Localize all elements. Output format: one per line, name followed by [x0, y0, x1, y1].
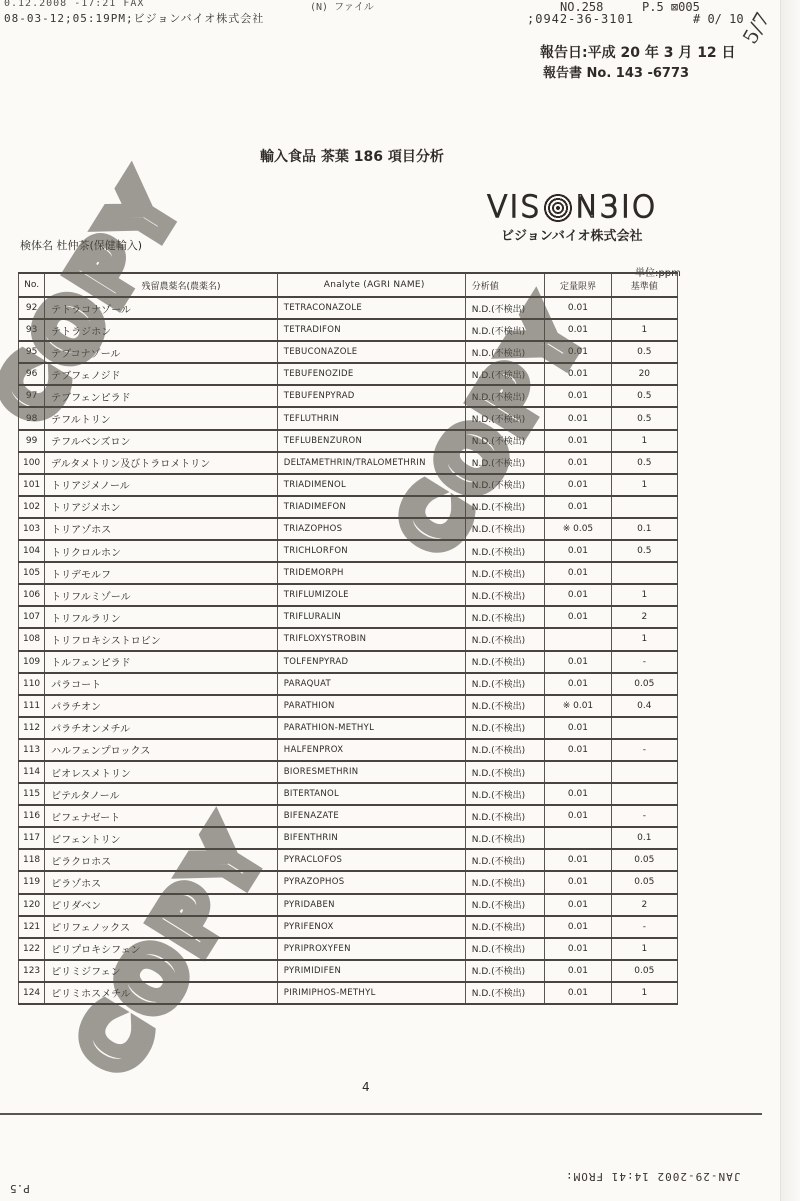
table-row: 122ピリプロキシフェンPYRIPROXYFENN.D.(不検出)0.011 [19, 938, 678, 960]
row-standard [611, 297, 677, 319]
table-row: 108トリフロキシストロビンTRIFLOXYSTROBINN.D.(不検出)1 [19, 628, 678, 650]
row-analyte: PYRACLOFOS [277, 849, 465, 871]
row-result: N.D.(不検出) [465, 894, 545, 916]
row-loq: 0.01 [545, 849, 611, 871]
row-analyte: TEFLUBENZURON [277, 430, 465, 452]
fax-telephone: ;0942-36-3101 [527, 12, 634, 26]
table-row: 110パラコートPARAQUATN.D.(不検出)0.010.05 [19, 673, 678, 695]
table-header-row: No. 残留農薬名(農薬名) Analyte (AGRI NAME) 分析値 定… [19, 273, 678, 297]
row-result: N.D.(不検出) [465, 717, 545, 739]
row-result: N.D.(不検出) [465, 827, 545, 849]
table-row: 111パラチオンPARATHIONN.D.(不検出)※ 0.010.4 [19, 695, 678, 717]
row-result: N.D.(不検出) [465, 385, 545, 407]
row-standard: 0.5 [611, 407, 677, 429]
row-loq: 0.01 [545, 938, 611, 960]
row-number: 104 [19, 540, 45, 562]
row-jp-name: トリクロルホン [45, 540, 278, 562]
document-title: 輸入食品 茶葉 186 項目分析 [260, 146, 444, 166]
row-result: N.D.(不検出) [465, 783, 545, 805]
row-loq [545, 628, 611, 650]
row-jp-name: ビオレスメトリン [45, 761, 278, 783]
row-result: N.D.(不検出) [465, 430, 545, 452]
row-loq: 0.01 [545, 871, 611, 893]
row-result: N.D.(不検出) [465, 673, 545, 695]
row-result: N.D.(不検出) [465, 496, 545, 518]
row-loq: 0.01 [545, 562, 611, 584]
row-standard [611, 783, 677, 805]
row-number: 118 [19, 849, 45, 871]
analysis-results-table: No. 残留農薬名(農薬名) Analyte (AGRI NAME) 分析値 定… [18, 272, 678, 1005]
row-number: 121 [19, 916, 45, 938]
row-jp-name: ピリダベン [45, 894, 278, 916]
company-logo: VIS N3IO ビジョンバイオ株式会社 [487, 193, 727, 244]
row-result: N.D.(不検出) [465, 871, 545, 893]
row-analyte: BIORESMETHRIN [277, 761, 465, 783]
sample-name: 検体名 杜仲茶(保健輸入) [20, 237, 142, 253]
table-row: 116ビフェナゼートBIFENAZATEN.D.(不検出)0.01- [19, 805, 678, 827]
row-jp-name: トリアジメホン [45, 496, 278, 518]
row-standard: - [611, 651, 677, 673]
row-jp-name: テブフェノジド [45, 363, 278, 385]
row-analyte: BIFENTHRIN [277, 827, 465, 849]
row-standard [611, 496, 677, 518]
table-row: 120ピリダベンPYRIDABENN.D.(不検出)0.012 [19, 894, 678, 916]
row-result: N.D.(不検出) [465, 363, 545, 385]
table-row: 107トリフルラリンTRIFLURALINN.D.(不検出)0.012 [19, 606, 678, 628]
row-jp-name: テフルトリン [45, 407, 278, 429]
row-standard [611, 761, 677, 783]
table-row: 97テブフェンピラドTEBUFENPYRADN.D.(不検出)0.010.5 [19, 385, 678, 407]
row-result: N.D.(不検出) [465, 739, 545, 761]
row-number: 92 [19, 297, 45, 319]
row-analyte: TOLFENPYRAD [277, 651, 465, 673]
row-result: N.D.(不検出) [465, 319, 545, 341]
row-number: 114 [19, 761, 45, 783]
row-number: 106 [19, 584, 45, 606]
row-jp-name: テトラジホン [45, 319, 278, 341]
row-loq [545, 761, 611, 783]
row-loq: 0.01 [545, 319, 611, 341]
row-loq: 0.01 [545, 407, 611, 429]
row-jp-name: テブコナゾール [45, 341, 278, 363]
row-jp-name: ビテルタノール [45, 783, 278, 805]
row-result: N.D.(不検出) [465, 341, 545, 363]
row-jp-name: トリアジメノール [45, 474, 278, 496]
row-standard: 0.05 [611, 673, 677, 695]
row-number: 97 [19, 385, 45, 407]
table-row: 124ピリミホスメチルPIRIMIPHOS-METHYLN.D.(不検出)0.0… [19, 982, 678, 1004]
fax-header-line2: 08-03-12;05:19PM;ビジョンバイオ株式会社 [4, 10, 264, 26]
row-loq: 0.01 [545, 297, 611, 319]
row-standard: 0.1 [611, 827, 677, 849]
row-jp-name: ピリミホスメチル [45, 982, 278, 1004]
table-row: 101トリアジメノールTRIADIMENOLN.D.(不検出)0.011 [19, 474, 678, 496]
row-loq: ※ 0.05 [545, 518, 611, 540]
row-result: N.D.(不検出) [465, 474, 545, 496]
report-number: 報告書 No. 143 -6773 [543, 62, 689, 81]
row-loq: 0.01 [545, 363, 611, 385]
row-standard: 2 [611, 894, 677, 916]
row-analyte: TRICHLORFON [277, 540, 465, 562]
row-jp-name: デルタメトリン及びトラロメトリン [45, 452, 278, 474]
row-number: 102 [19, 496, 45, 518]
row-number: 100 [19, 452, 45, 474]
row-jp-name: パラチオン [45, 695, 278, 717]
row-standard: 0.5 [611, 452, 677, 474]
row-standard: 1 [611, 584, 677, 606]
row-number: 117 [19, 827, 45, 849]
row-analyte: TRIAZOPHOS [277, 518, 465, 540]
row-standard: 0.5 [611, 341, 677, 363]
row-loq: ※ 0.01 [545, 695, 611, 717]
row-jp-name: トルフェンピラド [45, 651, 278, 673]
row-loq [545, 827, 611, 849]
row-analyte: PYRIFENOX [277, 916, 465, 938]
row-standard: 0.5 [611, 385, 677, 407]
row-number: 105 [19, 562, 45, 584]
fax-header-line1: 0.12.2008 -17:21 FAX [4, 0, 144, 9]
row-standard: 0.1 [611, 518, 677, 540]
row-analyte: TEBUFENOZIDE [277, 363, 465, 385]
table-row: 96テブフェノジドTEBUFENOZIDEN.D.(不検出)0.0120 [19, 363, 678, 385]
header-result: 分析値 [465, 273, 545, 297]
row-analyte: TETRADIFON [277, 319, 465, 341]
header-no: No. [19, 273, 45, 297]
row-loq: 0.01 [545, 960, 611, 982]
row-analyte: PIRIMIPHOS-METHYL [277, 982, 465, 1004]
row-loq: 0.01 [545, 739, 611, 761]
row-analyte: PYRIMIDIFEN [277, 960, 465, 982]
row-result: N.D.(不検出) [465, 452, 545, 474]
table-row: 117ビフェントリンBIFENTHRINN.D.(不検出)0.1 [19, 827, 678, 849]
row-loq: 0.01 [545, 385, 611, 407]
row-result: N.D.(不検出) [465, 540, 545, 562]
row-result: N.D.(不検出) [465, 562, 545, 584]
fax-count: # 0/ 10 [693, 12, 744, 26]
row-loq: 0.01 [545, 783, 611, 805]
row-standard: 1 [611, 319, 677, 341]
table-row: 102トリアジメホンTRIADIMEFONN.D.(不検出)0.01 [19, 496, 678, 518]
row-number: 116 [19, 805, 45, 827]
row-jp-name: テトラコナゾール [45, 297, 278, 319]
row-analyte: TRIADIMENOL [277, 474, 465, 496]
row-jp-name: パラチオンメチル [45, 717, 278, 739]
table-row: 115ビテルタノールBITERTANOLN.D.(不検出)0.01 [19, 783, 678, 805]
fax-header-line1-mid: (N) ファイル [310, 0, 374, 13]
row-result: N.D.(不検出) [465, 960, 545, 982]
row-number: 112 [19, 717, 45, 739]
row-number: 96 [19, 363, 45, 385]
logo-text-right: N3IO [575, 193, 657, 223]
row-result: N.D.(不検出) [465, 628, 545, 650]
row-number: 98 [19, 407, 45, 429]
row-loq: 0.01 [545, 805, 611, 827]
row-standard: - [611, 916, 677, 938]
row-loq: 0.01 [545, 474, 611, 496]
table-row: 95テブコナゾールTEBUCONAZOLEN.D.(不検出)0.010.5 [19, 341, 678, 363]
fax-page: P.5 ⊠005 [642, 0, 700, 14]
row-loq: 0.01 [545, 673, 611, 695]
row-standard: 0.05 [611, 871, 677, 893]
row-result: N.D.(不検出) [465, 407, 545, 429]
row-standard [611, 717, 677, 739]
table-row: 100デルタメトリン及びトラロメトリンDELTAMETHRIN/TRALOMET… [19, 452, 678, 474]
row-jp-name: ハルフェンプロックス [45, 739, 278, 761]
page-number: 4 [362, 1080, 370, 1094]
row-number: 120 [19, 894, 45, 916]
row-analyte: PYRAZOPHOS [277, 871, 465, 893]
row-loq: 0.01 [545, 982, 611, 1004]
row-number: 119 [19, 871, 45, 893]
row-jp-name: パラコート [45, 673, 278, 695]
row-standard: 2 [611, 606, 677, 628]
row-result: N.D.(不検出) [465, 849, 545, 871]
row-result: N.D.(不検出) [465, 606, 545, 628]
row-loq: 0.01 [545, 717, 611, 739]
table-row: 92テトラコナゾールTETRACONAZOLEN.D.(不検出)0.01 [19, 297, 678, 319]
row-standard: 0.05 [611, 849, 677, 871]
row-jp-name: トリアゾホス [45, 518, 278, 540]
row-result: N.D.(不検出) [465, 651, 545, 673]
row-jp-name: ピリミジフェン [45, 960, 278, 982]
row-analyte: TRIADIMEFON [277, 496, 465, 518]
table-row: 114ビオレスメトリンBIORESMETHRINN.D.(不検出) [19, 761, 678, 783]
row-analyte: BITERTANOL [277, 783, 465, 805]
row-standard: - [611, 739, 677, 761]
row-number: 99 [19, 430, 45, 452]
row-analyte: TEFLUTHRIN [277, 407, 465, 429]
row-number: 109 [19, 651, 45, 673]
row-loq: 0.01 [545, 606, 611, 628]
row-analyte: PARAQUAT [277, 673, 465, 695]
row-loq: 0.01 [545, 540, 611, 562]
row-analyte: HALFENPROX [277, 739, 465, 761]
row-standard: 1 [611, 430, 677, 452]
header-loq: 定量限界 [545, 273, 611, 297]
divider [0, 1113, 762, 1115]
row-result: N.D.(不検出) [465, 761, 545, 783]
row-number: 108 [19, 628, 45, 650]
fax-footer: JAN-29-2002 14:41 FROM: [565, 1170, 740, 1183]
header-jp-name: 残留農薬名(農薬名) [45, 273, 278, 297]
row-standard [611, 562, 677, 584]
row-number: 93 [19, 319, 45, 341]
row-number: 103 [19, 518, 45, 540]
spiral-logo-icon [543, 193, 573, 223]
row-jp-name: ピリフェノックス [45, 916, 278, 938]
logo-text-left: VIS [487, 193, 541, 223]
table-row: 113ハルフェンプロックスHALFENPROXN.D.(不検出)0.01- [19, 739, 678, 761]
row-result: N.D.(不検出) [465, 805, 545, 827]
table-row: 119ピラゾホスPYRAZOPHOSN.D.(不検出)0.010.05 [19, 871, 678, 893]
page-edge [780, 0, 800, 1201]
row-analyte: TEBUCONAZOLE [277, 341, 465, 363]
row-standard: 1 [611, 982, 677, 1004]
row-jp-name: ビフェントリン [45, 827, 278, 849]
table-row: 109トルフェンピラドTOLFENPYRADN.D.(不検出)0.01- [19, 651, 678, 673]
row-result: N.D.(不検出) [465, 695, 545, 717]
row-standard: 0.05 [611, 960, 677, 982]
row-loq: 0.01 [545, 651, 611, 673]
fax-footer-page: P.5 [10, 1182, 30, 1195]
report-date: 報告日:平成 20 年 3 月 12 日 [540, 42, 736, 62]
table-row: 112パラチオンメチルPARATHION-METHYLN.D.(不検出)0.01 [19, 717, 678, 739]
row-result: N.D.(不検出) [465, 518, 545, 540]
row-number: 113 [19, 739, 45, 761]
row-jp-name: トリフルラリン [45, 606, 278, 628]
table-row: 98テフルトリンTEFLUTHRINN.D.(不検出)0.010.5 [19, 407, 678, 429]
header-standard: 基準値 [611, 273, 677, 297]
row-result: N.D.(不検出) [465, 916, 545, 938]
row-loq: 0.01 [545, 894, 611, 916]
row-result: N.D.(不検出) [465, 938, 545, 960]
table-row: 105トリデモルフTRIDEMORPHN.D.(不検出)0.01 [19, 562, 678, 584]
row-number: 111 [19, 695, 45, 717]
row-standard: 0.5 [611, 540, 677, 562]
row-jp-name: ピラゾホス [45, 871, 278, 893]
company-name: ビジョンバイオ株式会社 [501, 225, 727, 244]
table-row: 118ピラクロホスPYRACLOFOSN.D.(不検出)0.010.05 [19, 849, 678, 871]
table-row: 104トリクロルホンTRICHLORFONN.D.(不検出)0.010.5 [19, 540, 678, 562]
row-analyte: TRIDEMORPH [277, 562, 465, 584]
row-standard: 0.4 [611, 695, 677, 717]
row-standard: 1 [611, 628, 677, 650]
row-analyte: TRIFLURALIN [277, 606, 465, 628]
row-standard: 1 [611, 938, 677, 960]
row-jp-name: テフルベンズロン [45, 430, 278, 452]
row-analyte: PARATHION [277, 695, 465, 717]
row-standard: 1 [611, 474, 677, 496]
row-number: 115 [19, 783, 45, 805]
row-loq: 0.01 [545, 430, 611, 452]
row-jp-name: ピリプロキシフェン [45, 938, 278, 960]
row-standard: 20 [611, 363, 677, 385]
table-row: 106トリフルミゾールTRIFLUMIZOLEN.D.(不検出)0.011 [19, 584, 678, 606]
row-number: 122 [19, 938, 45, 960]
row-analyte: BIFENAZATE [277, 805, 465, 827]
row-jp-name: ピラクロホス [45, 849, 278, 871]
header-analyte: Analyte (AGRI NAME) [277, 273, 465, 297]
table-row: 99テフルベンズロンTEFLUBENZURONN.D.(不検出)0.011 [19, 430, 678, 452]
row-analyte: TRIFLOXYSTROBIN [277, 628, 465, 650]
row-jp-name: トリフロキシストロビン [45, 628, 278, 650]
row-analyte: TETRACONAZOLE [277, 297, 465, 319]
table-row: 103トリアゾホスTRIAZOPHOSN.D.(不検出)※ 0.050.1 [19, 518, 678, 540]
table-row: 123ピリミジフェンPYRIMIDIFENN.D.(不検出)0.010.05 [19, 960, 678, 982]
row-result: N.D.(不検出) [465, 297, 545, 319]
row-standard: - [611, 805, 677, 827]
row-number: 95 [19, 341, 45, 363]
row-analyte: PYRIDABEN [277, 894, 465, 916]
table-row: 121ピリフェノックスPYRIFENOXN.D.(不検出)0.01- [19, 916, 678, 938]
table-row: 93テトラジホンTETRADIFONN.D.(不検出)0.011 [19, 319, 678, 341]
row-jp-name: テブフェンピラド [45, 385, 278, 407]
row-number: 124 [19, 982, 45, 1004]
row-jp-name: トリフルミゾール [45, 584, 278, 606]
row-loq: 0.01 [545, 452, 611, 474]
row-loq: 0.01 [545, 496, 611, 518]
row-number: 123 [19, 960, 45, 982]
row-number: 101 [19, 474, 45, 496]
row-number: 110 [19, 673, 45, 695]
row-loq: 0.01 [545, 916, 611, 938]
row-analyte: TEBUFENPYRAD [277, 385, 465, 407]
row-loq: 0.01 [545, 341, 611, 363]
row-result: N.D.(不検出) [465, 584, 545, 606]
row-analyte: TRIFLUMIZOLE [277, 584, 465, 606]
row-analyte: DELTAMETHRIN/TRALOMETHRIN [277, 452, 465, 474]
row-loq: 0.01 [545, 584, 611, 606]
row-analyte: PARATHION-METHYL [277, 717, 465, 739]
row-result: N.D.(不検出) [465, 982, 545, 1004]
row-jp-name: ビフェナゼート [45, 805, 278, 827]
row-jp-name: トリデモルフ [45, 562, 278, 584]
row-number: 107 [19, 606, 45, 628]
row-analyte: PYRIPROXYFEN [277, 938, 465, 960]
